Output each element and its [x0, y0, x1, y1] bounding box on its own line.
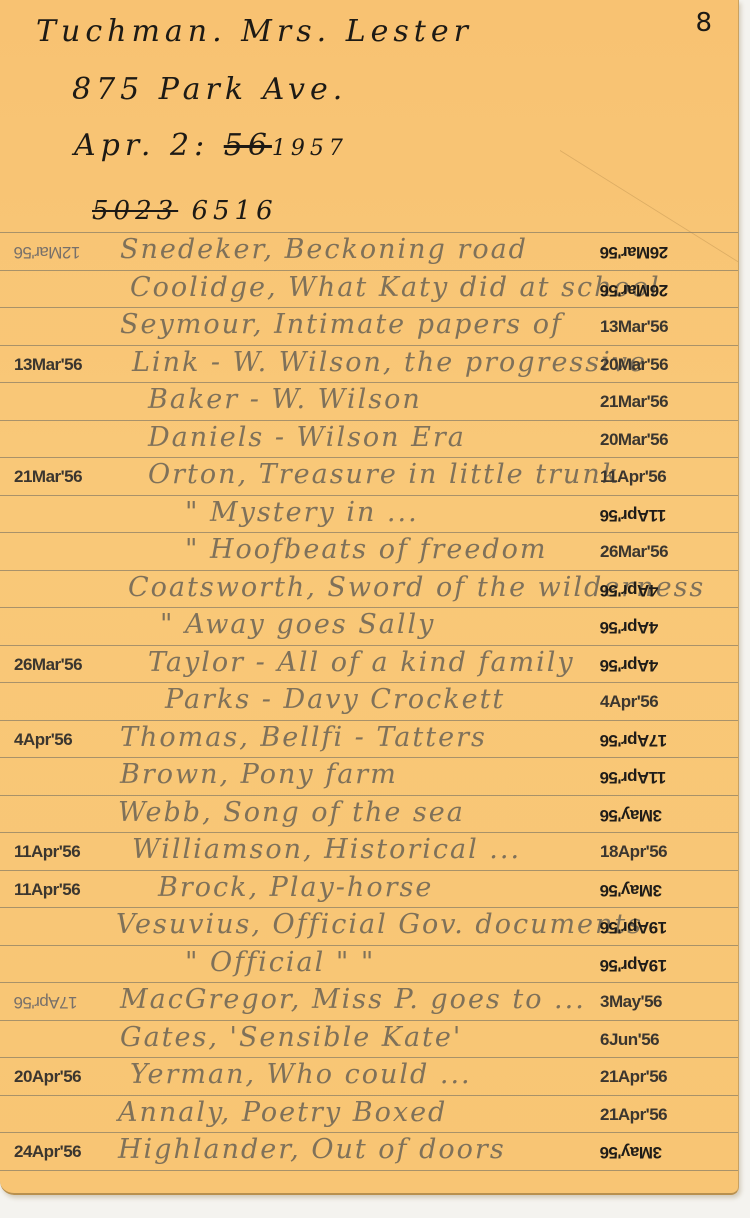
date-year: 1957 — [272, 136, 348, 161]
ruled-line — [0, 1132, 738, 1133]
ruled-line — [0, 495, 738, 496]
card-number-struck: 5023 — [92, 196, 178, 226]
ruled-line — [0, 307, 738, 308]
ruled-line — [0, 757, 738, 758]
date-stamp-returned: 11Apr'56 — [600, 767, 666, 787]
date-stamp-out: 26Mar'56 — [14, 655, 82, 675]
ruled-line — [0, 570, 738, 571]
card-crease — [560, 0, 739, 270]
ruled-line — [0, 532, 738, 533]
date-stamp-returned: 20Mar'56 — [600, 355, 668, 375]
entry-title: Vesuvius, Official Gov. documents — [116, 909, 643, 940]
ruled-line — [0, 645, 738, 646]
entry-title: Seymour, Intimate papers of — [120, 309, 563, 340]
date-prefix: Apr. 2: — [74, 128, 209, 163]
entry-title: Yerman, Who could ... — [130, 1059, 472, 1090]
entry-title: " Official " " — [185, 947, 375, 978]
date-stamp-returned: 21Apr'56 — [600, 1067, 667, 1087]
entry-title: Coolidge, What Katy did at school — [130, 272, 661, 303]
entry-title: Williamson, Historical ... — [132, 834, 521, 865]
entry-title: Daniels - Wilson Era — [148, 422, 466, 453]
date-stamp-out: 24Apr'56 — [14, 1142, 81, 1162]
ruled-line — [0, 795, 738, 796]
registration-date: Apr. 2: 561957 — [74, 128, 348, 163]
date-stamp-returned: 11Apr'56 — [600, 467, 666, 487]
ruled-line — [0, 907, 738, 908]
date-stamp-returned: 13Mar'56 — [600, 317, 668, 337]
date-stamp-returned: 6Jun'56 — [600, 1030, 659, 1050]
date-stamp-out: 20Apr'56 — [14, 1067, 81, 1087]
date-stamp-returned: 19Apr'56 — [600, 955, 667, 975]
entry-title: Thomas, Bellfi - Tatters — [120, 722, 487, 753]
date-stamp-out: 13Mar'56 — [14, 355, 82, 375]
date-stamp-returned: 3May'56 — [600, 805, 662, 825]
date-stamp-returned: 4Apr'56 — [600, 580, 658, 600]
date-stamp-returned: 3May'56 — [600, 880, 662, 900]
entry-title: Baker - W. Wilson — [148, 384, 422, 415]
ruled-line — [0, 270, 738, 271]
date-stamp-returned: 4Apr'56 — [600, 655, 658, 675]
date-stamp-out: 11Apr'56 — [14, 842, 80, 862]
ruled-line — [0, 232, 738, 233]
date-stamp-out: 21Mar'56 — [14, 467, 82, 487]
card-number: 5023 6516 — [92, 196, 278, 226]
entry-title: Highlander, Out of doors — [118, 1134, 506, 1165]
ruled-line — [0, 1057, 738, 1058]
ruled-line — [0, 607, 738, 608]
ruled-line — [0, 382, 738, 383]
ruled-line — [0, 1095, 738, 1096]
date-stamp-out: 11Apr'56 — [14, 880, 80, 900]
date-stamp-returned: 21Mar'56 — [600, 392, 668, 412]
date-stamp-out: 4Apr'56 — [14, 730, 72, 750]
ruled-line — [0, 345, 738, 346]
date-stamp-returned: 26Mar'56 — [600, 542, 668, 562]
date-stamp-returned: 17Apr'56 — [600, 730, 667, 750]
date-stamp-returned: 19Apr'56 — [600, 917, 667, 937]
ruled-line — [0, 870, 738, 871]
entry-title: Gates, 'Sensible Kate' — [120, 1022, 462, 1053]
entry-title: Link - W. Wilson, the progressive — [132, 347, 647, 378]
entry-title: Brock, Play-horse — [158, 872, 433, 903]
date-stamp-returned: 20Mar'56 — [600, 430, 668, 450]
patron-address: 875 Park Ave. — [72, 72, 347, 107]
date-stamp-returned: 26Mar'56 — [600, 242, 668, 262]
date-stamp-returned: 4Apr'56 — [600, 617, 658, 637]
entry-title: " Hoofbeats of freedom — [185, 534, 548, 565]
date-stamp-returned: 3May'56 — [600, 1142, 662, 1162]
page-number: 8 — [695, 8, 712, 38]
date-stamp-out: 12Mar'56 — [14, 242, 80, 262]
ruled-line — [0, 832, 738, 833]
date-struck-year: 56 — [224, 128, 272, 163]
entry-title: Webb, Song of the sea — [118, 797, 465, 828]
date-stamp-returned: 11Apr'56 — [600, 505, 666, 525]
ruled-line — [0, 420, 738, 421]
ruled-line — [0, 1170, 738, 1171]
date-stamp-returned: 26Mar'56 — [600, 280, 668, 300]
date-stamp-returned: 3May'56 — [600, 992, 662, 1012]
entry-title: " Mystery in ... — [185, 497, 419, 528]
date-stamp-returned: 18Apr'56 — [600, 842, 667, 862]
ruled-line — [0, 720, 738, 721]
library-record-card: 8 Tuchman. Mrs. Lester 875 Park Ave. Apr… — [0, 0, 739, 1195]
card-number-current: 6516 — [191, 196, 277, 226]
entry-title: Annaly, Poetry Boxed — [118, 1097, 447, 1128]
date-stamp-returned: 21Apr'56 — [600, 1105, 667, 1125]
ruled-line — [0, 945, 738, 946]
entry-title: Brown, Pony farm — [120, 759, 398, 790]
ruled-line — [0, 682, 738, 683]
entry-title: Parks - Davy Crockett — [165, 684, 505, 715]
patron-name: Tuchman. Mrs. Lester — [36, 14, 473, 49]
entry-title: Taylor - All of a kind family — [148, 647, 575, 678]
date-stamp-out: 17Apr'56 — [14, 992, 78, 1012]
entry-title: Snedeker, Beckoning road — [120, 234, 528, 265]
date-stamp-returned: 4Apr'56 — [600, 692, 658, 712]
ruled-line — [0, 1020, 738, 1021]
ruled-line — [0, 457, 738, 458]
entry-title: Orton, Treasure in little trunk — [148, 459, 620, 490]
ruled-line — [0, 982, 738, 983]
entry-title: " Away goes Sally — [160, 609, 435, 640]
entry-title: MacGregor, Miss P. goes to ... — [120, 984, 586, 1015]
